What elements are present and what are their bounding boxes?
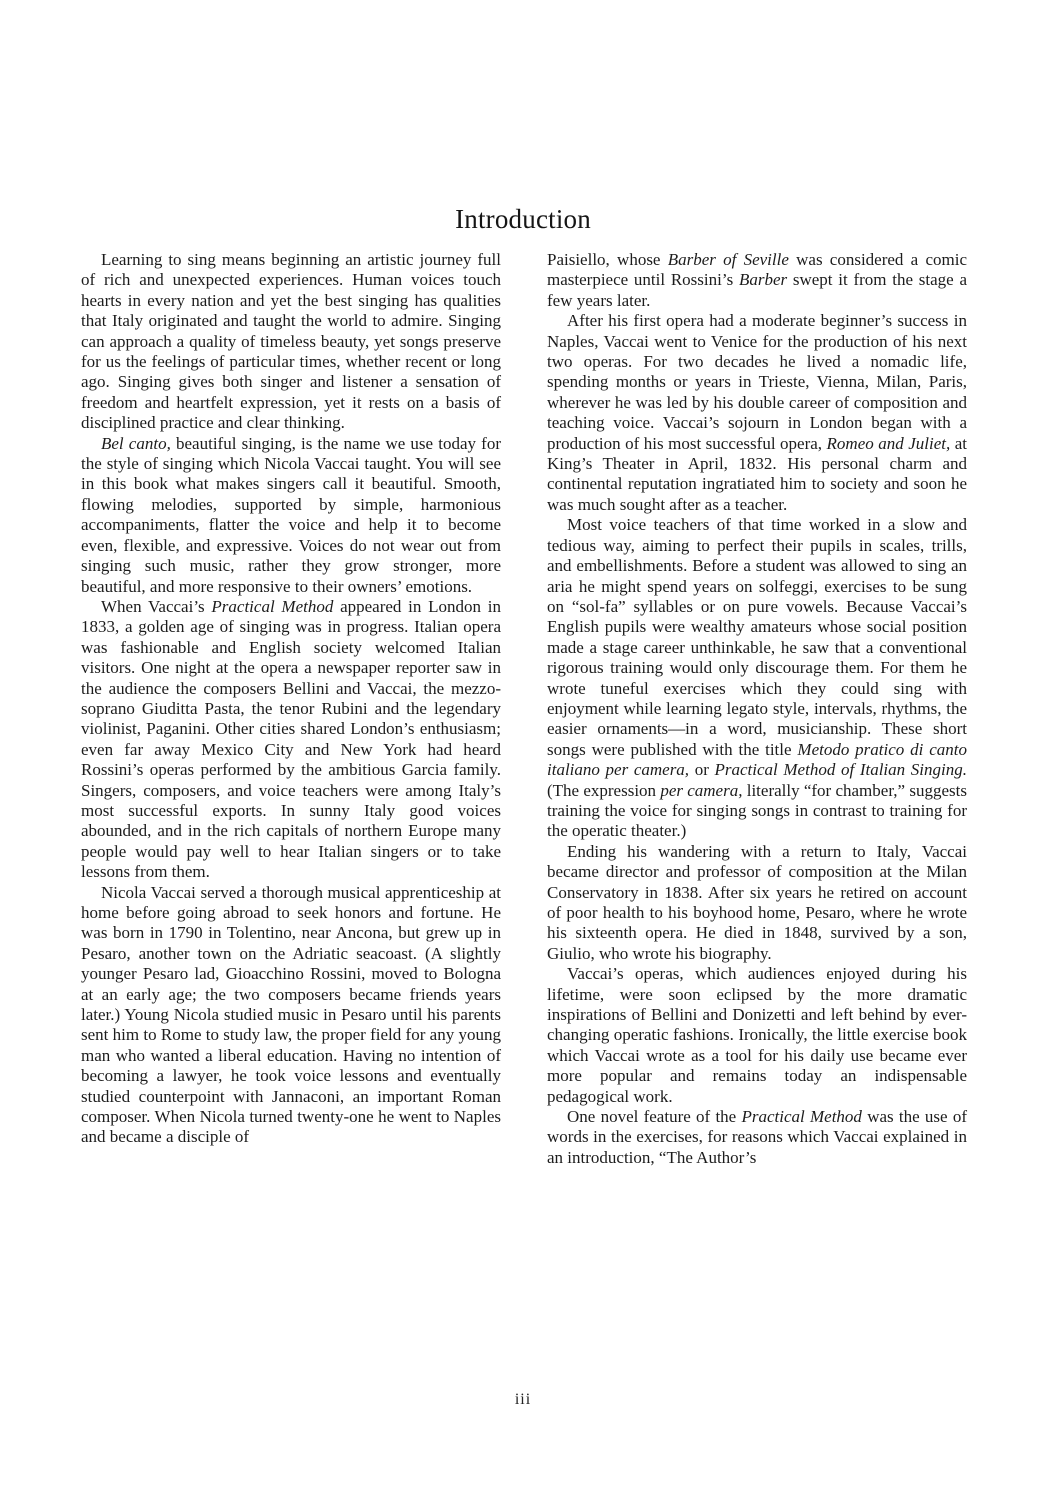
text: Nicola Vaccai served a thorough musical …: [81, 883, 501, 1147]
text: Vaccai’s operas, which audiences enjoyed…: [547, 964, 967, 1105]
text: beautiful singing, is the name we use to…: [81, 434, 501, 596]
paragraph: Nicola Vaccai served a thorough musical …: [81, 883, 501, 1148]
text: or: [689, 760, 714, 779]
italic-text: Practical Method: [211, 597, 333, 616]
italic-text: Practical Method of Italian Singing.: [715, 760, 967, 779]
right-column: Paisiello, whose Barber of Seville was c…: [547, 250, 967, 1168]
paragraph: Paisiello, whose Barber of Seville was c…: [547, 250, 967, 311]
text: appeared in London in 1833, a golden age…: [81, 597, 501, 881]
text: After his first opera had a moderate beg…: [547, 311, 967, 452]
text: Paisiello, whose: [547, 250, 668, 269]
text: (The expression: [547, 781, 660, 800]
italic-text: Romeo and Juliet,: [827, 434, 951, 453]
text: Ending his wandering with a return to It…: [547, 842, 967, 963]
paragraph: Vaccai’s operas, which audiences enjoyed…: [547, 964, 967, 1107]
italic-text: Bel canto,: [101, 434, 171, 453]
left-column: Learning to sing means beginning an arti…: [81, 250, 501, 1148]
italic-text: Barber of Seville: [668, 250, 789, 269]
paragraph: Bel canto, beautiful singing, is the nam…: [81, 434, 501, 597]
paragraph: Most voice teachers of that time worked …: [547, 515, 967, 842]
text: When Vaccai’s: [101, 597, 211, 616]
page-number: iii: [0, 1391, 1046, 1409]
paragraph: Ending his wandering with a return to It…: [547, 842, 967, 964]
paragraph: One novel feature of the Practical Metho…: [547, 1107, 967, 1168]
italic-text: Practical Method: [741, 1107, 861, 1126]
paragraph: When Vaccai’s Practical Method appeared …: [81, 597, 501, 883]
italic-text: per camera,: [660, 781, 742, 800]
italic-text: Barber: [739, 270, 787, 289]
text: One novel feature of the: [567, 1107, 741, 1126]
paragraph: Learning to sing means beginning an arti…: [81, 250, 501, 434]
paragraph: After his first opera had a moderate beg…: [547, 311, 967, 515]
page-title: Introduction: [0, 204, 1046, 235]
text: Most voice teachers of that time worked …: [547, 515, 967, 758]
text: Learning to sing means beginning an arti…: [81, 250, 501, 432]
